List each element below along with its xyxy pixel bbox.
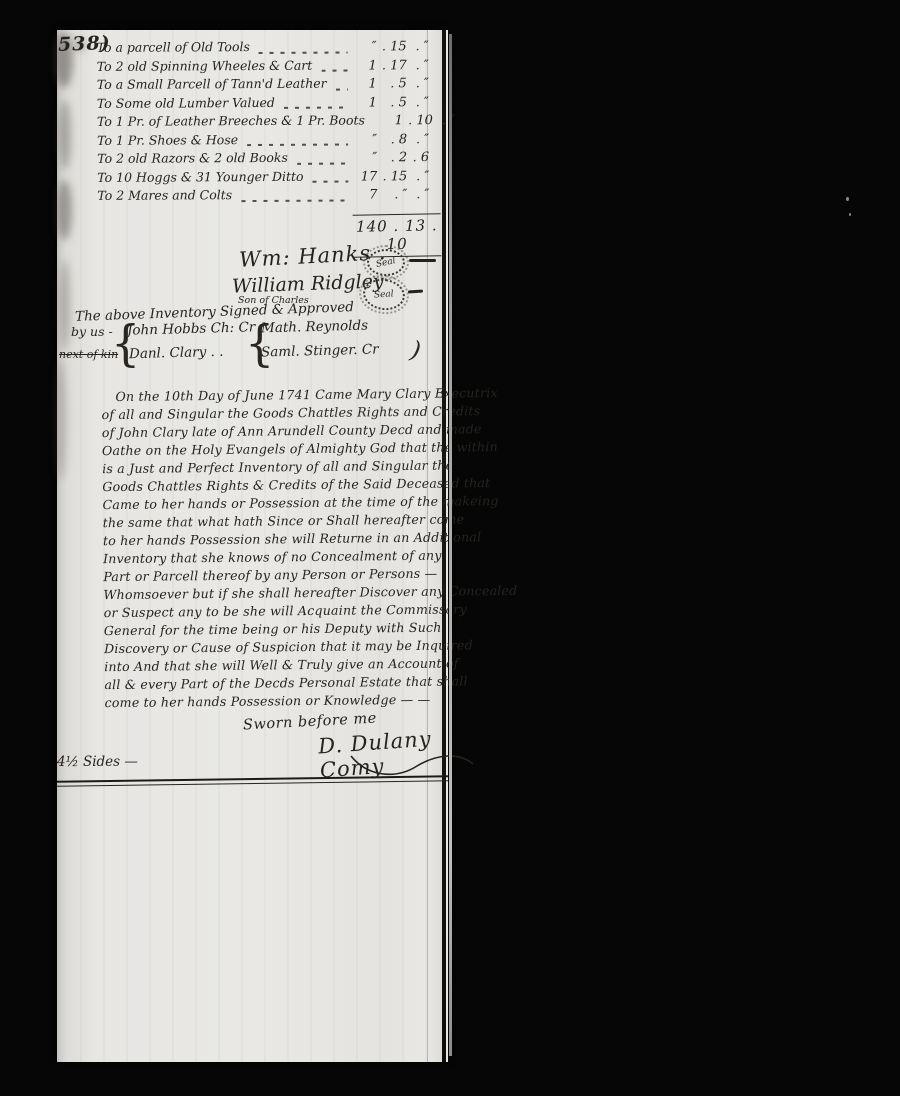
manuscript-page: 538) To a parcell of Old Tools″15″ To 2 …	[57, 30, 448, 1062]
affidavit-paragraph: On the 10th Day of June 1741 Came Mary C…	[101, 385, 518, 713]
amount-pence: ″	[407, 58, 429, 73]
dash-leader	[284, 107, 348, 109]
amount-pounds: 7	[353, 187, 377, 202]
dash-leader	[247, 144, 348, 147]
amount-pounds: 1	[353, 58, 377, 73]
flourish-glyph: )	[408, 335, 423, 364]
amount-shillings: 5	[377, 95, 407, 110]
dash-leader	[321, 70, 347, 72]
item-desc: To Some old Lumber Valued	[97, 94, 275, 110]
appraiser-name: Danl. Clary . .	[129, 344, 224, 362]
stain	[59, 100, 71, 170]
item-desc: To a parcell of Old Tools	[97, 39, 250, 55]
amount-shillings: 17	[377, 58, 407, 73]
amount-pounds: 1	[353, 95, 377, 110]
table-row: To a Small Parcell of Tann'd Leather15″	[97, 75, 429, 95]
amount-shillings: 5	[377, 76, 407, 91]
amount-shillings: 15	[377, 39, 407, 54]
table-row: To a parcell of Old Tools″15″	[97, 38, 429, 58]
appraiser-name: John Hobbs Ch: Cr	[127, 319, 256, 338]
signature-william-ridgley: William Ridgley	[232, 270, 384, 297]
item-desc: To 1 Pr. of Leather Breeches & 1 Pr. Boo…	[97, 112, 365, 128]
amount-pence: ″	[407, 39, 429, 54]
seal-icon: Seal	[361, 276, 407, 313]
appraiser-name: Saml. Stinger. Cr	[261, 341, 379, 360]
amount-pence: ″	[407, 76, 429, 91]
table-row: To 2 old Spinning Wheeles & Cart117″	[97, 57, 429, 77]
dash-leader	[259, 51, 348, 53]
amount-pounds: ″	[353, 132, 377, 147]
amount-pence: ″	[407, 95, 429, 110]
amount-pence: ″	[407, 187, 429, 202]
signature-wm-hanks: Wm: Hanks .	[238, 240, 387, 272]
amount-shillings: 10	[403, 113, 433, 128]
sworn-before-me-text: Sworn before me	[243, 711, 378, 734]
amount-shillings: 8	[377, 132, 407, 147]
dash-leader	[297, 162, 348, 164]
amount-pounds: ″	[353, 150, 377, 165]
affidavit-line: come to her hands Possession or Knowledg…	[105, 691, 519, 713]
sides-note: 4½ Sides —	[57, 754, 138, 770]
dust-speck	[846, 197, 849, 201]
scanned-document-view: 538) To a parcell of Old Tools″15″ To 2 …	[0, 0, 900, 1096]
dash-leader	[241, 199, 348, 202]
item-desc: To 10 Hoggs & 31 Younger Ditto	[97, 168, 303, 184]
amount-pence: ″	[407, 132, 429, 147]
item-desc: To 2 Mares and Colts	[97, 187, 232, 203]
section-double-rule	[57, 775, 448, 786]
dash-leader	[336, 88, 348, 90]
amount-shillings: 2	[377, 150, 407, 165]
stain	[57, 180, 72, 240]
amount-pence: 6	[407, 150, 429, 165]
table-row: To 10 Hoggs & 31 Younger Ditto1715″	[97, 168, 429, 188]
table-row: To 1 Pr. Shoes & Hose″8″	[97, 131, 429, 151]
stain	[60, 260, 70, 350]
attestation-by-us: by us -	[71, 324, 113, 339]
stain	[55, 360, 67, 480]
amount-pounds: ″	[353, 39, 377, 54]
dust-speck	[849, 213, 851, 216]
signature-dash	[408, 289, 423, 293]
item-desc: To 1 Pr. Shoes & Hose	[97, 132, 238, 148]
amount-shillings: 15	[377, 169, 407, 184]
adjacent-page-edge	[449, 34, 452, 1056]
attestation-next-of-kin: next of kin	[59, 348, 118, 361]
appraiser-name: Math. Reynolds	[261, 318, 368, 337]
item-desc: To a Small Parcell of Tann'd Leather	[97, 76, 327, 92]
table-row: To 2 old Razors & 2 old Books″26	[97, 149, 429, 169]
dash-leader	[313, 181, 349, 183]
item-desc: To 2 old Spinning Wheeles & Cart	[97, 57, 313, 73]
amount-shillings: ″	[377, 187, 407, 202]
table-row: To Some old Lumber Valued15″	[97, 94, 429, 114]
inventory-item-list: To a parcell of Old Tools″15″ To 2 old S…	[97, 38, 430, 206]
table-row: To 2 Mares and Colts7″″	[97, 186, 429, 206]
amount-pounds: 1	[379, 113, 403, 128]
item-desc: To 2 old Razors & 2 old Books	[97, 150, 288, 166]
amount-pence: ″	[407, 169, 429, 184]
table-row: To 1 Pr. of Leather Breeches & 1 Pr. Boo…	[97, 112, 429, 132]
amount-pounds: 1	[353, 76, 377, 91]
amount-pounds: 17	[353, 169, 377, 184]
signature-dash	[409, 259, 436, 262]
